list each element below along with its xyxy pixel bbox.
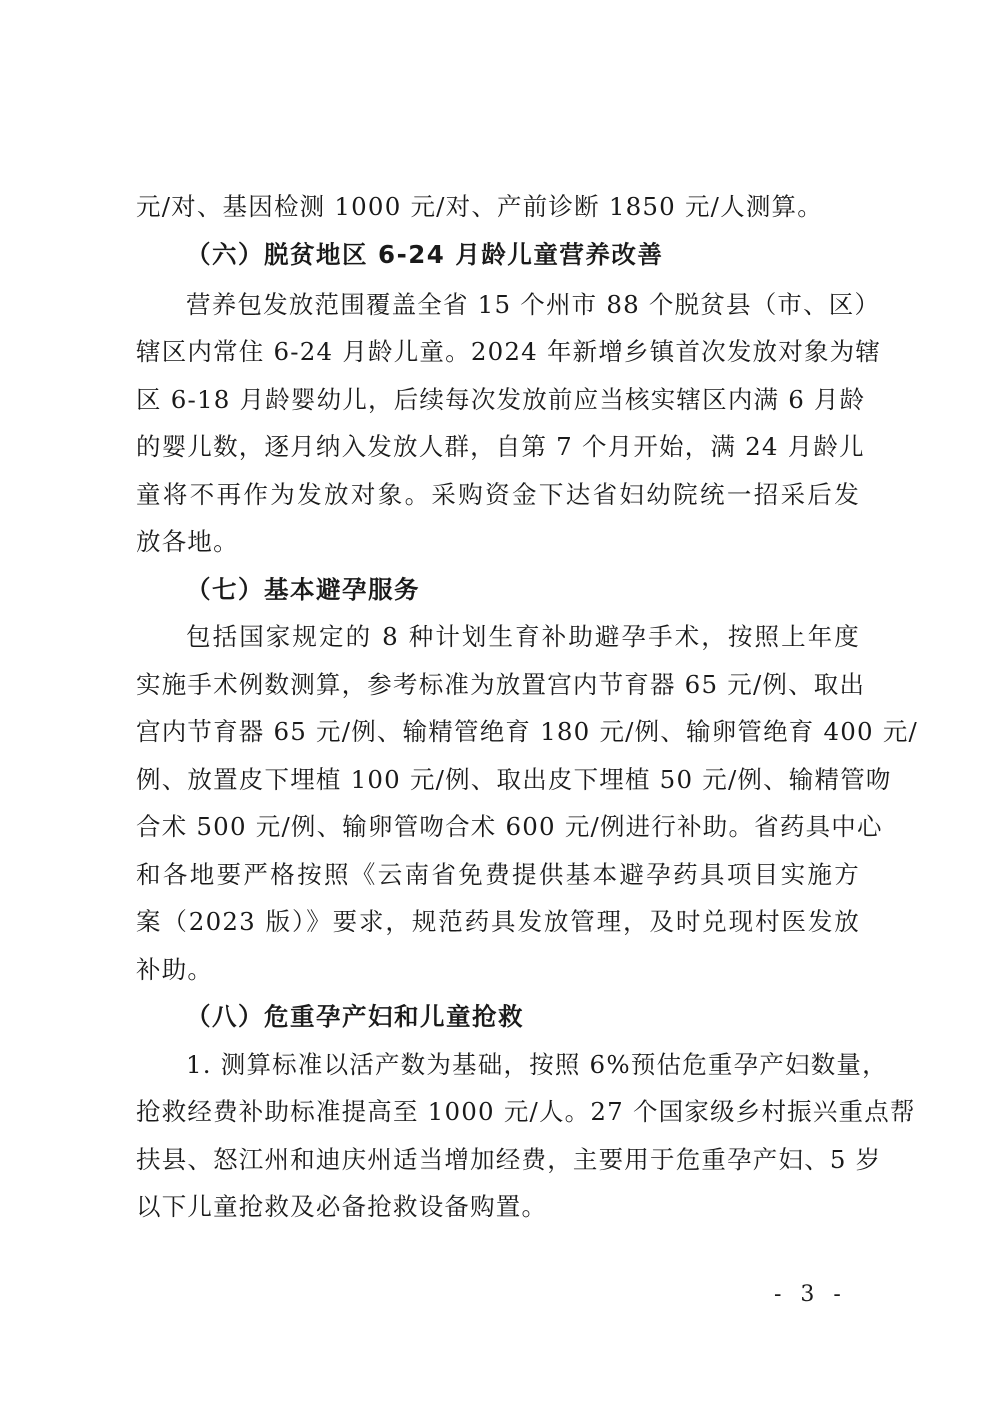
body-line: 宫内节育器 65 元/例、输精管绝育 180 元/例、输卵管绝育 400 元/ — [136, 717, 860, 747]
body-line: 1. 测算标准以活产数为基础，按照 6%预估危重孕产妇数量， — [186, 1050, 860, 1080]
body-line: 抢救经费补助标准提高至 1000 元/人。27 个国家级乡村振兴重点帮 — [136, 1097, 860, 1127]
body-line: 元/对、基因检测 1000 元/对、产前诊断 1850 元/人测算。 — [136, 192, 860, 222]
body-line: 实施手术例数测算，参考标准为放置宫内节育器 65 元/例、取出 — [136, 670, 860, 700]
page-number: - 3 - — [774, 1280, 847, 1310]
body-line: 营养包发放范围覆盖全省 15 个州市 88 个脱贫县（市、区） — [186, 290, 860, 320]
body-line: 童将不再作为发放对象。采购资金下达省妇幼院统一招采后发 — [136, 480, 860, 510]
document-page: 元/对、基因检测 1000 元/对、产前诊断 1850 元/人测算。 （六）脱贫… — [0, 0, 1000, 1414]
body-line: 和各地要严格按照《云南省免费提供基本避孕药具项目实施方 — [136, 860, 860, 890]
body-line: 扶县、怒江州和迪庆州适当增加经费，主要用于危重孕产妇、5 岁 — [136, 1145, 860, 1175]
section-heading-7: （七）基本避孕服务 — [186, 575, 420, 605]
body-line: 放各地。 — [136, 527, 860, 557]
body-line: 辖区内常住 6-24 月龄儿童。2024 年新增乡镇首次发放对象为辖 — [136, 337, 860, 367]
body-line: 区 6-18 月龄婴幼儿，后续每次发放前应当核实辖区内满 6 月龄 — [136, 385, 860, 415]
section-heading-6: （六）脱贫地区 6-24 月龄儿童营养改善 — [186, 240, 663, 270]
section-heading-8: （八）危重孕产妇和儿童抢救 — [186, 1002, 524, 1032]
body-line: 案（2023 版）》要求，规范药具发放管理，及时兑现村医发放 — [136, 907, 860, 937]
body-line: 的婴儿数，逐月纳入发放人群，自第 7 个月开始，满 24 月龄儿 — [136, 432, 860, 462]
body-line: 以下儿童抢救及必备抢救设备购置。 — [136, 1192, 860, 1222]
body-line: 补助。 — [136, 955, 860, 985]
body-line: 包括国家规定的 8 种计划生育补助避孕手术，按照上年度 — [186, 622, 860, 652]
body-line: 例、放置皮下埋植 100 元/例、取出皮下埋植 50 元/例、输精管吻 — [136, 765, 860, 795]
body-line: 合术 500 元/例、输卵管吻合术 600 元/例进行补助。省药具中心 — [136, 812, 860, 842]
